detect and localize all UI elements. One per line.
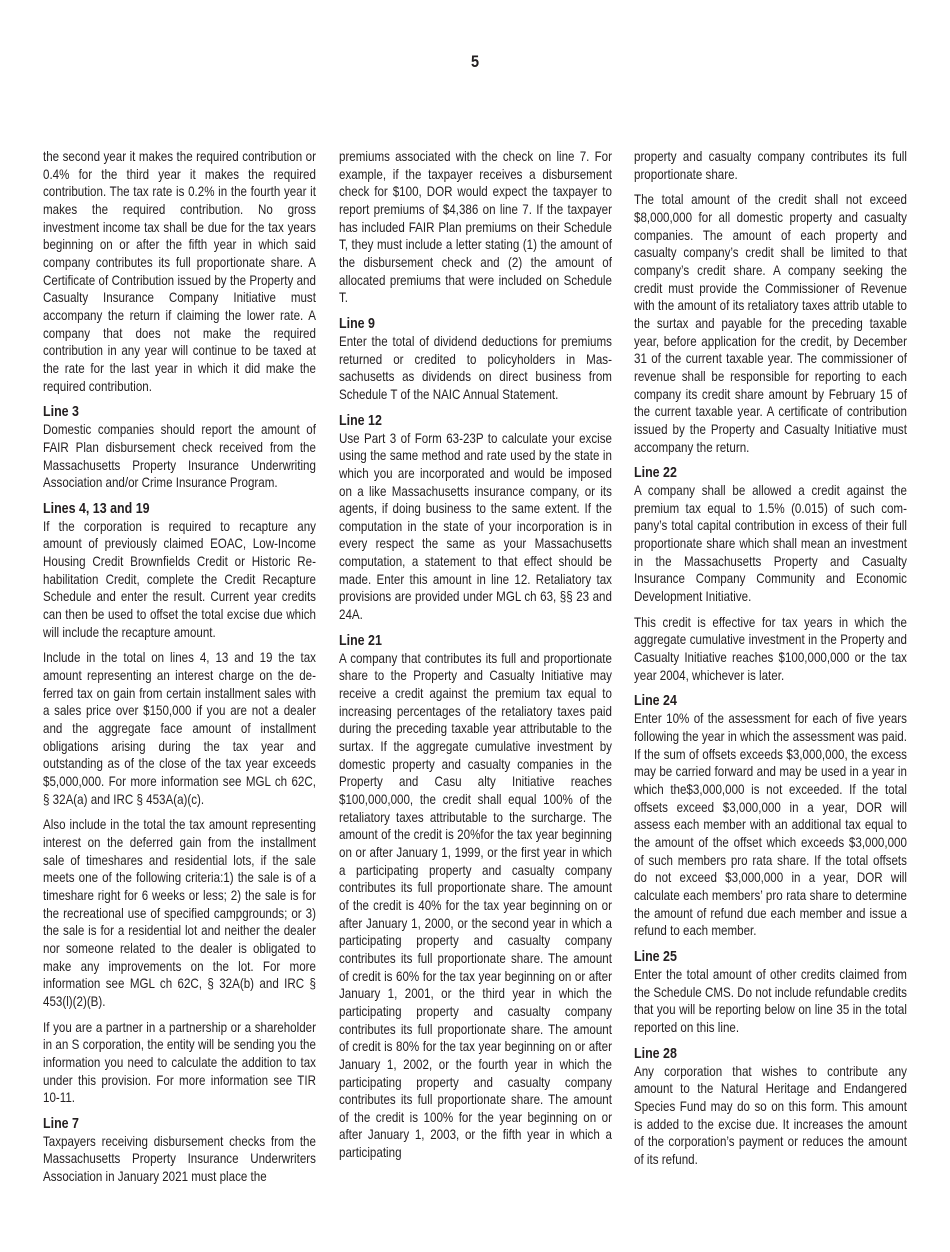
section-heading: Line 24 — [634, 692, 907, 710]
section-line-25: Line 25 Enter the total amount of other … — [634, 948, 907, 1037]
left-column: the second year it makes the required co… — [43, 148, 316, 1194]
paragraph-continued: premiums associated with the check on li… — [339, 148, 612, 307]
paragraph: Domestic companies should report the amo… — [43, 421, 316, 492]
section-heading: Line 28 — [634, 1045, 907, 1063]
section-line-3: Line 3 Domestic companies should report … — [43, 403, 316, 492]
right-column: property and casualty company contribute… — [634, 148, 907, 1176]
section-line-28: Line 28 Any corporation that wishes to c… — [634, 1045, 907, 1169]
paragraph: If the corporation is required to recapt… — [43, 518, 316, 642]
section-lines-4-13-19: Lines 4, 13 and 19 If the corporation is… — [43, 500, 316, 1107]
paragraph: Taxpayers receiving disbursement checks … — [43, 1133, 316, 1186]
paragraph: Include in the total on lines 4, 13 and … — [43, 649, 316, 808]
paragraph: If you are a partner in a partnership or… — [43, 1019, 316, 1107]
middle-column: premiums associated with the check on li… — [339, 148, 612, 1170]
paragraph: Any corporation that wishes to contribut… — [634, 1063, 907, 1169]
section-line-9: Line 9 Enter the total of dividend deduc… — [339, 315, 612, 404]
paragraph: A company shall be allowed a credit agai… — [634, 482, 907, 606]
paragraph-continued: the second year it makes the required co… — [43, 148, 316, 395]
section-line-21: Line 21 A company that contributes its f… — [339, 632, 612, 1162]
section-heading: Line 21 — [339, 632, 612, 650]
paragraph: Use Part 3 of Form 63-23P to calculate y… — [339, 430, 612, 624]
section-heading: Line 3 — [43, 403, 316, 421]
paragraph: Enter 10% of the assessment for each of … — [634, 710, 907, 940]
section-heading: Line 9 — [339, 315, 612, 333]
section-line-12: Line 12 Use Part 3 of Form 63-23P to cal… — [339, 412, 612, 624]
paragraph: Enter the total of dividend deductions f… — [339, 333, 612, 404]
paragraph-continued: property and casualty company contribute… — [634, 148, 907, 183]
section-line-22: Line 22 A company shall be allowed a cre… — [634, 464, 907, 684]
section-heading: Lines 4, 13 and 19 — [43, 500, 316, 518]
section-heading: Line 12 — [339, 412, 612, 430]
section-line-24: Line 24 Enter 10% of the assessment for … — [634, 692, 907, 940]
page-number: 5 — [71, 52, 879, 72]
section-heading: Line 25 — [634, 948, 907, 966]
section-heading: Line 22 — [634, 464, 907, 482]
paragraph: The total amount of the credit shall not… — [634, 191, 907, 456]
section-line-7: Line 7 Taxpayers receiving disbursement … — [43, 1115, 316, 1186]
paragraph: This credit is effective for tax years i… — [634, 614, 907, 685]
paragraph: Enter the total amount of other credits … — [634, 966, 907, 1037]
paragraph: Also include in the total the tax amount… — [43, 816, 316, 1010]
paragraph: A company that contributes its full and … — [339, 650, 612, 1162]
section-heading: Line 7 — [43, 1115, 316, 1133]
